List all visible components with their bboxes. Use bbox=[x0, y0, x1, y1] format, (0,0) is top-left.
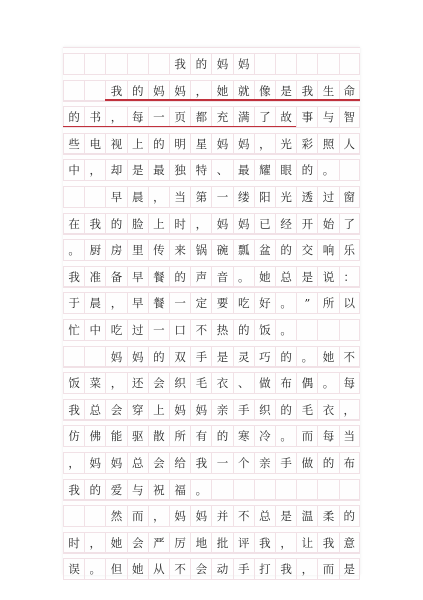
grid-cell: 的 bbox=[339, 506, 360, 526]
grid-cell: 都 bbox=[190, 107, 211, 127]
grid-cell: 不 bbox=[190, 320, 211, 340]
grid-cell: 音 bbox=[211, 267, 232, 287]
grid-cell bbox=[63, 347, 84, 367]
grid-cell: 早 bbox=[105, 187, 126, 207]
grid-cell: 我 bbox=[275, 559, 296, 579]
grid-cell: ， bbox=[105, 373, 126, 393]
grid-cell: 亲 bbox=[211, 400, 232, 420]
text-row: 。厨房里传来锅碗瓢盆的交响乐 bbox=[63, 233, 360, 260]
grid-cell: 阳 bbox=[254, 187, 275, 207]
grid-cell: 响 bbox=[317, 240, 338, 260]
grid-cell: 事 bbox=[296, 107, 317, 127]
grid-cell: 于 bbox=[63, 293, 84, 313]
grid-cell: 命 bbox=[339, 81, 360, 101]
text-row: 忙中吃过一口不热的饭。 bbox=[63, 313, 360, 340]
text-row: 的书，每一页都充满了故事与智 bbox=[63, 100, 360, 127]
text-row: 误。但她从不会动手打我，而是 bbox=[63, 552, 360, 579]
grid-cell: 她 bbox=[254, 267, 275, 287]
grid-cell bbox=[317, 320, 338, 340]
grid-cell: 。 bbox=[84, 559, 105, 579]
grid-cell: 会 bbox=[148, 373, 169, 393]
grid-cell: 是 bbox=[275, 506, 296, 526]
grid-cell bbox=[339, 480, 360, 500]
grid-cell: 过 bbox=[127, 320, 148, 340]
grid-cell: 妈 bbox=[233, 54, 254, 74]
grid-cell bbox=[233, 480, 254, 500]
grid-cell: 的 bbox=[169, 267, 190, 287]
text-row: 我准备早餐的声音。她总是说： bbox=[63, 260, 360, 287]
grid-cell bbox=[254, 480, 275, 500]
character-cells: 妈妈的双手是灵巧的。她不 bbox=[63, 346, 360, 368]
grid-cell: 她 bbox=[211, 81, 232, 101]
character-cells: 在我的脸上时，妈妈已经开始了 bbox=[63, 213, 360, 235]
character-cells: 。厨房里传来锅碗瓢盆的交响乐 bbox=[63, 239, 360, 261]
grid-cell: 。 bbox=[296, 347, 317, 367]
grid-cell: 故 bbox=[275, 107, 296, 127]
grid-cell: 中 bbox=[63, 160, 84, 180]
grid-cell: 妈 bbox=[148, 81, 169, 101]
grid-cell: 耀 bbox=[254, 160, 275, 180]
character-cells: 中，却是最独特、最耀眼的。 bbox=[63, 159, 360, 181]
grid-cell: ” bbox=[296, 293, 317, 313]
grid-cell: 地 bbox=[190, 533, 211, 553]
grid-cell: 我 bbox=[63, 267, 84, 287]
grid-cell: 并 bbox=[211, 506, 232, 526]
grid-cell: 来 bbox=[169, 240, 190, 260]
grid-cell: 仿 bbox=[63, 426, 84, 446]
grid-cell: 总 bbox=[254, 506, 275, 526]
grid-cell: 冷 bbox=[254, 426, 275, 446]
grid-cell: 妈 bbox=[84, 453, 105, 473]
grid-cell: 误 bbox=[63, 559, 84, 579]
grid-cell: 衣 bbox=[211, 373, 232, 393]
grid-cell: 里 bbox=[127, 240, 148, 260]
grid-cell bbox=[63, 506, 84, 526]
grid-cell: 却 bbox=[105, 160, 126, 180]
red-underline bbox=[63, 126, 296, 128]
grid-cell: 眼 bbox=[275, 160, 296, 180]
grid-cell: 会 bbox=[105, 400, 126, 420]
grid-cell: 会 bbox=[127, 533, 148, 553]
grid-cell: 我 bbox=[169, 54, 190, 74]
grid-cell: 让 bbox=[296, 533, 317, 553]
grid-cell: ， bbox=[190, 81, 211, 101]
grid-cell: 毛 bbox=[190, 373, 211, 393]
grid-cell: 像 bbox=[254, 81, 275, 101]
grid-cell: ： bbox=[339, 267, 360, 287]
grid-cell: 的 bbox=[275, 400, 296, 420]
grid-cell: 妈 bbox=[169, 81, 190, 101]
grid-cell: 已 bbox=[254, 214, 275, 234]
grid-cell: 我 bbox=[317, 533, 338, 553]
grid-cell: 盆 bbox=[254, 240, 275, 260]
grid-cell: 的 bbox=[148, 347, 169, 367]
grid-cell: 妈 bbox=[233, 214, 254, 234]
grid-cell: 给 bbox=[169, 453, 190, 473]
grid-cell: 双 bbox=[169, 347, 190, 367]
text-row: 然而，妈妈并不总是温柔的 bbox=[63, 499, 360, 526]
grid-cell: ， bbox=[148, 187, 169, 207]
grid-cell: 当 bbox=[169, 187, 190, 207]
text-row: 中，却是最独特、最耀眼的。 bbox=[63, 153, 360, 180]
grid-cell bbox=[84, 506, 105, 526]
grid-cell: 的 bbox=[148, 134, 169, 154]
grid-cell: 所 bbox=[169, 426, 190, 446]
grid-cell bbox=[296, 480, 317, 500]
grid-cell: 。 bbox=[275, 426, 296, 446]
grid-cell: 妈 bbox=[211, 54, 232, 74]
composition-paper: 我的妈妈我的妈妈，她就像是我生命的书，每一页都充满了故事与智些电视上的明星妈妈，… bbox=[63, 47, 360, 575]
grid-cell bbox=[63, 54, 84, 74]
grid-cell: 我 bbox=[296, 81, 317, 101]
grid-cell: 吃 bbox=[233, 293, 254, 313]
grid-cell: 是 bbox=[211, 347, 232, 367]
grid-cell: 然 bbox=[105, 506, 126, 526]
grid-cell: 光 bbox=[275, 134, 296, 154]
grid-cell: 晨 bbox=[84, 293, 105, 313]
grid-cell: 我 bbox=[254, 533, 275, 553]
grid-cell: 每 bbox=[339, 373, 360, 393]
grid-cell bbox=[339, 54, 360, 74]
grid-cell: 手 bbox=[190, 347, 211, 367]
grid-cell bbox=[84, 54, 105, 74]
grid-cell: 早 bbox=[127, 267, 148, 287]
grid-cell: 柔 bbox=[317, 506, 338, 526]
character-cells: 误。但她从不会动手打我，而是 bbox=[63, 558, 360, 580]
grid-cell: 定 bbox=[190, 293, 211, 313]
grid-cell bbox=[84, 81, 105, 101]
grid-cell: 上 bbox=[148, 214, 169, 234]
grid-cell: 房 bbox=[105, 240, 126, 260]
grid-cell: 彩 bbox=[296, 134, 317, 154]
grid-cell: 的 bbox=[275, 347, 296, 367]
grid-cell: 评 bbox=[233, 533, 254, 553]
grid-cell: 、 bbox=[211, 160, 232, 180]
grid-cell: 交 bbox=[296, 240, 317, 260]
grid-cell: 妈 bbox=[211, 214, 232, 234]
grid-cell: 巧 bbox=[254, 347, 275, 367]
grid-cell bbox=[254, 54, 275, 74]
grid-cell: 与 bbox=[127, 480, 148, 500]
grid-cell: ， bbox=[148, 506, 169, 526]
grid-cell: 。 bbox=[63, 240, 84, 260]
grid-cell: 而 bbox=[317, 559, 338, 579]
text-row: ，妈妈总会给我一个亲手做的布 bbox=[63, 446, 360, 473]
grid-cell: 要 bbox=[211, 293, 232, 313]
grid-cell: 了 bbox=[339, 214, 360, 234]
grid-cell: ， bbox=[275, 533, 296, 553]
grid-cell: 备 bbox=[105, 267, 126, 287]
grid-cell: 佛 bbox=[84, 426, 105, 446]
grid-cell: 而 bbox=[296, 426, 317, 446]
grid-cell: 能 bbox=[105, 426, 126, 446]
grid-cell: 生 bbox=[317, 81, 338, 101]
grid-cell: 当 bbox=[339, 426, 360, 446]
grid-cell: 我 bbox=[105, 81, 126, 101]
text-row: 饭菜，还会织毛衣、做布偶。每 bbox=[63, 366, 360, 393]
grid-cell: 页 bbox=[169, 107, 190, 127]
grid-cell: 织 bbox=[169, 373, 190, 393]
grid-cell: 。 bbox=[190, 480, 211, 500]
grid-cell: 妈 bbox=[105, 347, 126, 367]
grid-cell: ， bbox=[105, 107, 126, 127]
grid-cell: 不 bbox=[233, 506, 254, 526]
grid-cell: 的 bbox=[317, 453, 338, 473]
grid-cell: 星 bbox=[190, 134, 211, 154]
grid-cell: 。 bbox=[275, 293, 296, 313]
grid-cell: 上 bbox=[127, 134, 148, 154]
grid-cell: 有 bbox=[190, 426, 211, 446]
grid-cell: 的 bbox=[105, 214, 126, 234]
grid-cell: 的 bbox=[275, 240, 296, 260]
grid-cell: 视 bbox=[105, 134, 126, 154]
grid-cell: 动 bbox=[211, 559, 232, 579]
character-cells: 早晨，当第一缕阳光透过窗 bbox=[63, 186, 360, 208]
grid-cell bbox=[105, 54, 126, 74]
grid-cell: 一 bbox=[148, 320, 169, 340]
grid-cell: 。 bbox=[317, 373, 338, 393]
grid-cell: 菜 bbox=[84, 373, 105, 393]
grid-cell: 亲 bbox=[254, 453, 275, 473]
grid-cell: 会 bbox=[190, 559, 211, 579]
grid-cell: 餐 bbox=[148, 267, 169, 287]
grid-cell: 打 bbox=[254, 559, 275, 579]
grid-cell: 散 bbox=[148, 426, 169, 446]
grid-cell: 一 bbox=[211, 453, 232, 473]
grid-cell: 。 bbox=[317, 160, 338, 180]
grid-cell: 祝 bbox=[148, 480, 169, 500]
grid-cell: 穿 bbox=[127, 400, 148, 420]
grid-cell: 厉 bbox=[169, 533, 190, 553]
grid-cell: 妈 bbox=[169, 400, 190, 420]
grid-cell: ， bbox=[105, 293, 126, 313]
grid-cell: ， bbox=[84, 160, 105, 180]
grid-cell: 布 bbox=[339, 453, 360, 473]
grid-cell: 碗 bbox=[211, 240, 232, 260]
grid-cell: 严 bbox=[148, 533, 169, 553]
grid-cell: 是 bbox=[275, 81, 296, 101]
grid-cell: 她 bbox=[127, 559, 148, 579]
grid-cell: 早 bbox=[127, 293, 148, 313]
grid-cell: 灵 bbox=[233, 347, 254, 367]
grid-cell: 毛 bbox=[296, 400, 317, 420]
character-cells: 我总会穿上妈妈亲手织的毛衣， bbox=[63, 399, 360, 421]
grid-cell: 中 bbox=[84, 320, 105, 340]
grid-cell: 智 bbox=[339, 107, 360, 127]
grid-cell: 还 bbox=[127, 373, 148, 393]
grid-cell: 好 bbox=[254, 293, 275, 313]
character-cells: 时，她会严厉地批评我，让我意 bbox=[63, 532, 360, 554]
grid-cell bbox=[317, 480, 338, 500]
grid-cell: 。 bbox=[233, 267, 254, 287]
grid-cell: 、 bbox=[233, 373, 254, 393]
grid-cell: 不 bbox=[339, 347, 360, 367]
grid-cell: 妈 bbox=[105, 453, 126, 473]
grid-cell: 缕 bbox=[233, 187, 254, 207]
grid-cell: 织 bbox=[254, 400, 275, 420]
grid-cell: 餐 bbox=[148, 293, 169, 313]
text-row: 妈妈的双手是灵巧的。她不 bbox=[63, 340, 360, 367]
character-cells: 我准备早餐的声音。她总是说： bbox=[63, 266, 360, 288]
grid-cell: 窗 bbox=[339, 187, 360, 207]
grid-cell: 明 bbox=[169, 134, 190, 154]
grid-cell: 厨 bbox=[84, 240, 105, 260]
grid-cell: 而 bbox=[127, 506, 148, 526]
text-row: 我的妈妈，她就像是我生命 bbox=[63, 74, 360, 101]
grid-cell: 寒 bbox=[233, 426, 254, 446]
grid-cell: 手 bbox=[275, 453, 296, 473]
grid-cell: 人 bbox=[339, 134, 360, 154]
grid-cell: 书 bbox=[84, 107, 105, 127]
grid-cell: 温 bbox=[296, 506, 317, 526]
text-row: 于晨，早餐一定要吃好。”所以 bbox=[63, 286, 360, 313]
grid-cell: 我 bbox=[63, 400, 84, 420]
grid-cell: 独 bbox=[169, 160, 190, 180]
grid-cell bbox=[127, 54, 148, 74]
grid-cell: 的 bbox=[211, 426, 232, 446]
grid-cell bbox=[211, 480, 232, 500]
grid-cell bbox=[84, 347, 105, 367]
grid-cell bbox=[63, 81, 84, 101]
grid-cell: 饭 bbox=[254, 320, 275, 340]
grid-cell: 一 bbox=[169, 293, 190, 313]
text-row: 早晨，当第一缕阳光透过窗 bbox=[63, 180, 360, 207]
grid-cell: 她 bbox=[317, 347, 338, 367]
grid-cell: 批 bbox=[211, 533, 232, 553]
grid-cell: 每 bbox=[127, 107, 148, 127]
grid-cell: 脸 bbox=[127, 214, 148, 234]
grid-cell: 的 bbox=[127, 81, 148, 101]
grid-cell: ， bbox=[190, 214, 211, 234]
grid-cell: 特 bbox=[190, 160, 211, 180]
grid-cell: 锅 bbox=[190, 240, 211, 260]
grid-cell: 驱 bbox=[127, 426, 148, 446]
grid-cell: 我 bbox=[84, 214, 105, 234]
grid-cell: 是 bbox=[339, 559, 360, 579]
grid-cell: 不 bbox=[169, 559, 190, 579]
grid-cell: 的 bbox=[63, 107, 84, 127]
grid-cell: 的 bbox=[296, 160, 317, 180]
text-row: 时，她会严厉地批评我，让我意 bbox=[63, 526, 360, 553]
grid-cell: 我 bbox=[63, 480, 84, 500]
grid-cell: ， bbox=[296, 559, 317, 579]
grid-cell: ， bbox=[339, 400, 360, 420]
grid-cell bbox=[275, 480, 296, 500]
grid-cell: 的 bbox=[233, 320, 254, 340]
grid-cell: 照 bbox=[317, 134, 338, 154]
grid-cell: 透 bbox=[296, 187, 317, 207]
grid-cell: 充 bbox=[211, 107, 232, 127]
grid-cell bbox=[339, 320, 360, 340]
grid-cell bbox=[63, 187, 84, 207]
grid-cell: 口 bbox=[169, 320, 190, 340]
grid-cell: 妈 bbox=[211, 134, 232, 154]
grid-cell: 每 bbox=[317, 426, 338, 446]
grid-cell: 妈 bbox=[190, 400, 211, 420]
grid-cell: 经 bbox=[275, 214, 296, 234]
grid-cell: 始 bbox=[317, 214, 338, 234]
grid-cell bbox=[317, 54, 338, 74]
character-cells: 仿佛能驱散所有的寒冷。而每当 bbox=[63, 425, 360, 447]
grid-cell: 手 bbox=[233, 400, 254, 420]
character-cells: 些电视上的明星妈妈，光彩照人 bbox=[63, 133, 360, 155]
grid-cell: 总 bbox=[84, 400, 105, 420]
grid-cell bbox=[84, 187, 105, 207]
grid-cell: ， bbox=[254, 134, 275, 154]
grid-cell: 布 bbox=[275, 373, 296, 393]
grid-cell: 时 bbox=[169, 214, 190, 234]
grid-cell: 意 bbox=[339, 533, 360, 553]
character-cells: 我的爱与祝福。 bbox=[63, 479, 360, 501]
grid-cell: 偶 bbox=[296, 373, 317, 393]
text-row: 我总会穿上妈妈亲手织的毛衣， bbox=[63, 393, 360, 420]
grid-cell: 妈 bbox=[169, 506, 190, 526]
grid-cell: 时 bbox=[63, 533, 84, 553]
character-cells: 饭菜，还会织毛衣、做布偶。每 bbox=[63, 372, 360, 394]
grid-cell: 会 bbox=[148, 453, 169, 473]
grid-cell: 了 bbox=[254, 107, 275, 127]
grid-cell: 光 bbox=[275, 187, 296, 207]
grid-cell: ， bbox=[84, 533, 105, 553]
text-row: 仿佛能驱散所有的寒冷。而每当 bbox=[63, 419, 360, 446]
red-underline bbox=[105, 99, 360, 101]
grid-cell: 总 bbox=[127, 453, 148, 473]
grid-cell: 过 bbox=[317, 187, 338, 207]
grid-cell: 热 bbox=[211, 320, 232, 340]
grid-cell: 以 bbox=[339, 293, 360, 313]
grid-cell: 她 bbox=[105, 533, 126, 553]
grid-cell: 是 bbox=[296, 267, 317, 287]
grid-cell: 电 bbox=[84, 134, 105, 154]
grid-cell: 在 bbox=[63, 214, 84, 234]
grid-cell: 忙 bbox=[63, 320, 84, 340]
grid-cell bbox=[339, 160, 360, 180]
grid-cell: 上 bbox=[148, 400, 169, 420]
grid-cell: 传 bbox=[148, 240, 169, 260]
grid-cell: 就 bbox=[233, 81, 254, 101]
character-cells: 忙中吃过一口不热的饭。 bbox=[63, 319, 360, 341]
grid-cell: 妈 bbox=[233, 134, 254, 154]
grid-cell: 妈 bbox=[190, 506, 211, 526]
text-row: 在我的脸上时，妈妈已经开始了 bbox=[63, 207, 360, 234]
grid-cell: 。 bbox=[275, 320, 296, 340]
grid-cell bbox=[148, 54, 169, 74]
grid-cell: 准 bbox=[84, 267, 105, 287]
grid-cell: 饭 bbox=[63, 373, 84, 393]
grid-cell: 声 bbox=[190, 267, 211, 287]
grid-cell: 个 bbox=[233, 453, 254, 473]
character-cells: ，妈妈总会给我一个亲手做的布 bbox=[63, 452, 360, 474]
grid-cell: 总 bbox=[275, 267, 296, 287]
grid-cell: 福 bbox=[169, 480, 190, 500]
grid-cell: 是 bbox=[127, 160, 148, 180]
grid-cell bbox=[296, 320, 317, 340]
grid-cell: 所 bbox=[317, 293, 338, 313]
grid-bottom-border bbox=[63, 579, 360, 580]
character-cells: 于晨，早餐一定要吃好。”所以 bbox=[63, 292, 360, 314]
text-row: 些电视上的明星妈妈，光彩照人 bbox=[63, 127, 360, 154]
grid-cell: 的 bbox=[190, 54, 211, 74]
grid-cell: 开 bbox=[296, 214, 317, 234]
grid-cell: 爱 bbox=[105, 480, 126, 500]
grid-cell: 衣 bbox=[317, 400, 338, 420]
text-row: 我的爱与祝福。 bbox=[63, 473, 360, 500]
grid-cell: 妈 bbox=[127, 347, 148, 367]
grid-cell: 第 bbox=[190, 187, 211, 207]
grid-cell: 与 bbox=[317, 107, 338, 127]
grid-cell: 我 bbox=[190, 453, 211, 473]
grid-cell: 吃 bbox=[105, 320, 126, 340]
